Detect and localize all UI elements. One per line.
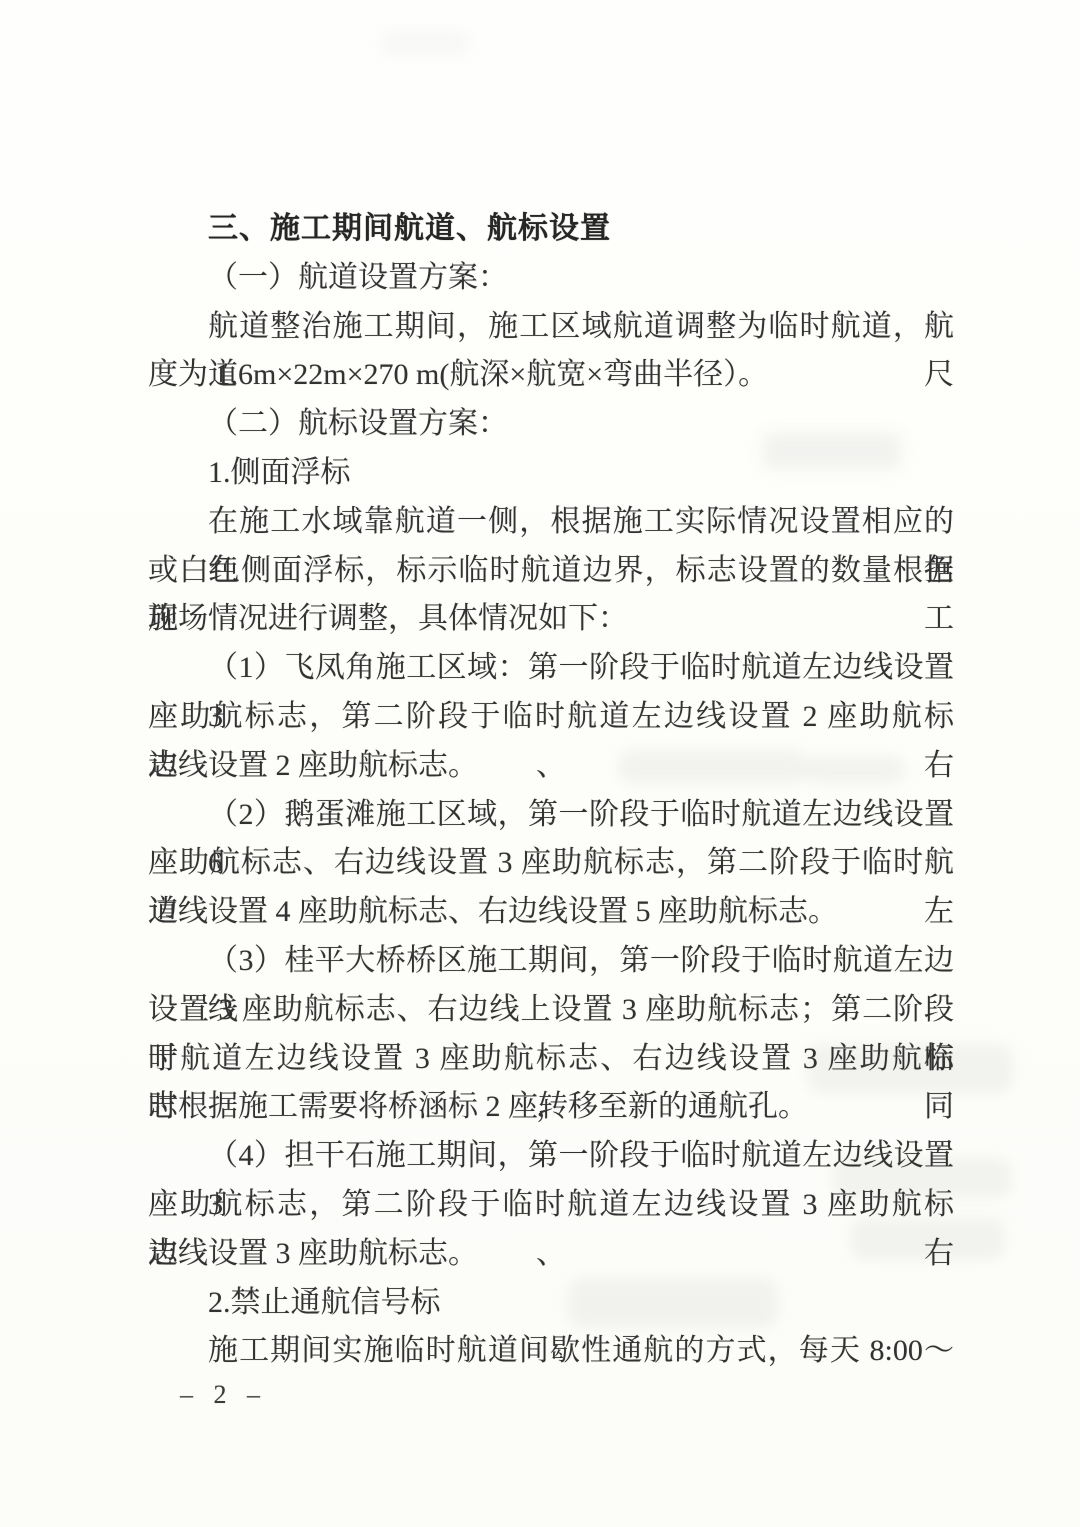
text-line: 座助航标志、右边线设置 3 座助航标志，第二阶段于临时航道左: [148, 839, 954, 888]
text-line: （2）鹅蛋滩施工区域，第一阶段于临时航道左边线设置 6: [148, 791, 954, 840]
section-heading: 三、施工期间航道、航标设置: [148, 205, 954, 254]
text-line: （3）桂平大桥桥区施工期间，第一阶段于临时航道左边线: [148, 937, 954, 986]
scan-artifact: [380, 30, 470, 56]
text-line: 时航道左边线设置 3 座助航标志、右边线设置 3 座助航标志，同: [148, 1035, 954, 1084]
text-line: （二）航标设置方案：: [148, 400, 954, 449]
text-line: 2.禁止通航信号标: [148, 1279, 954, 1328]
text-line: 座助航标志，第二阶段于临时航道左边线设置 2 座助航标志、右: [148, 693, 954, 742]
text-line: （1）飞凤角施工区域：第一阶段于临时航道左边线设置 3: [148, 644, 954, 693]
text-line: 边线设置 4 座助航标志、右边线设置 5 座助航标志。: [148, 888, 954, 937]
text-line: 航道整治施工期间，施工区域航道调整为临时航道，航道尺: [148, 303, 954, 352]
text-line: 在施工水域靠航道一侧，根据施工实际情况设置相应的红色: [148, 498, 954, 547]
text-line: 或白色侧面浮标，标示临时航道边界，标志设置的数量根据施工: [148, 547, 954, 596]
text-line: 1.侧面浮标: [148, 449, 954, 498]
text-line: （4）担干石施工期间，第一阶段于临时航道左边线设置 3: [148, 1132, 954, 1181]
page-number: – 2 –: [180, 1380, 267, 1410]
document-page: 三、施工期间航道、航标设置（一）航道设置方案：航道整治施工期间，施工区域航道调整…: [0, 0, 1080, 1527]
text-line: 施工期间实施临时航道间歇性通航的方式，每天 8:00～: [148, 1327, 954, 1376]
text-line: 座助航标志，第二阶段于临时航道左边线设置 3 座助航标志、右: [148, 1181, 954, 1230]
text-line: （一）航道设置方案：: [148, 254, 954, 303]
document-body: 三、施工期间航道、航标设置（一）航道设置方案：航道整治施工期间，施工区域航道调整…: [148, 205, 954, 1376]
text-line: 设置 3 座助航标志、右边线上设置 3 座助航标志；第二阶段于临: [148, 986, 954, 1035]
